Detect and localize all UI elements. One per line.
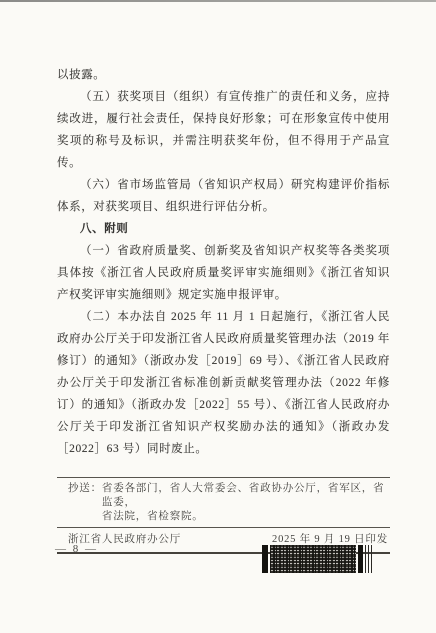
cc-line-1: 省委各部门，省人大常委会、省政协办公厅，省军区，省监委， [102, 482, 390, 510]
scan-edge-artifact [0, 0, 436, 2]
cc-line-2: 省法院，省检察院。 [102, 510, 390, 524]
section-heading-appendix: 八、附则 [57, 218, 390, 240]
cc-block: 抄送： 省委各部门，省人大常委会、省政协办公厅，省军区，省监委， 省法院，省检察… [57, 478, 390, 528]
body-paragraph-continuation: 以披露。 [57, 64, 390, 86]
barcode-tail-lines [365, 545, 374, 573]
document-body: 以披露。 （五）获奖项目（组织）有宣传推广的责任和义务，应持续改进，履行社会责任… [57, 64, 390, 460]
barcode-data-area [270, 545, 356, 573]
cc-label: 抄送： [68, 482, 102, 496]
body-paragraph-appendix1: （一）省政府质量奖、创新奖及省知识产权奖等各类奖项具体按《浙江省人民政府质量奖评… [57, 240, 390, 306]
barcode-start-bar [262, 545, 268, 573]
document-footer: 抄送： 省委各部门，省人大常委会、省政协办公厅，省军区，省监委， 省法院，省检察… [57, 477, 390, 554]
body-paragraph-item5: （五）获奖项目（组织）有宣传推广的责任和义务，应持续改进，履行社会责任，保持良好… [57, 86, 390, 174]
cc-content: 省委各部门，省人大常委会、省政协办公厅，省军区，省监委， 省法院，省检察院。 [102, 482, 390, 524]
body-paragraph-item6: （六）省市场监管局（省知识产权局）研究构建评价指标体系，对获奖项目、组织进行评估… [57, 174, 390, 218]
print-barcode-icon [262, 545, 374, 573]
body-paragraph-appendix2: （二）本办法自 2025 年 11 月 1 日起施行，《浙江省人民政府办公厅关于… [57, 306, 390, 460]
page-number: — 8 — [55, 543, 98, 555]
barcode-stop-bar [358, 545, 363, 573]
document-page: 以披露。 （五）获奖项目（组织）有宣传推广的责任和义务，应持续改进，履行社会责任… [0, 0, 436, 633]
